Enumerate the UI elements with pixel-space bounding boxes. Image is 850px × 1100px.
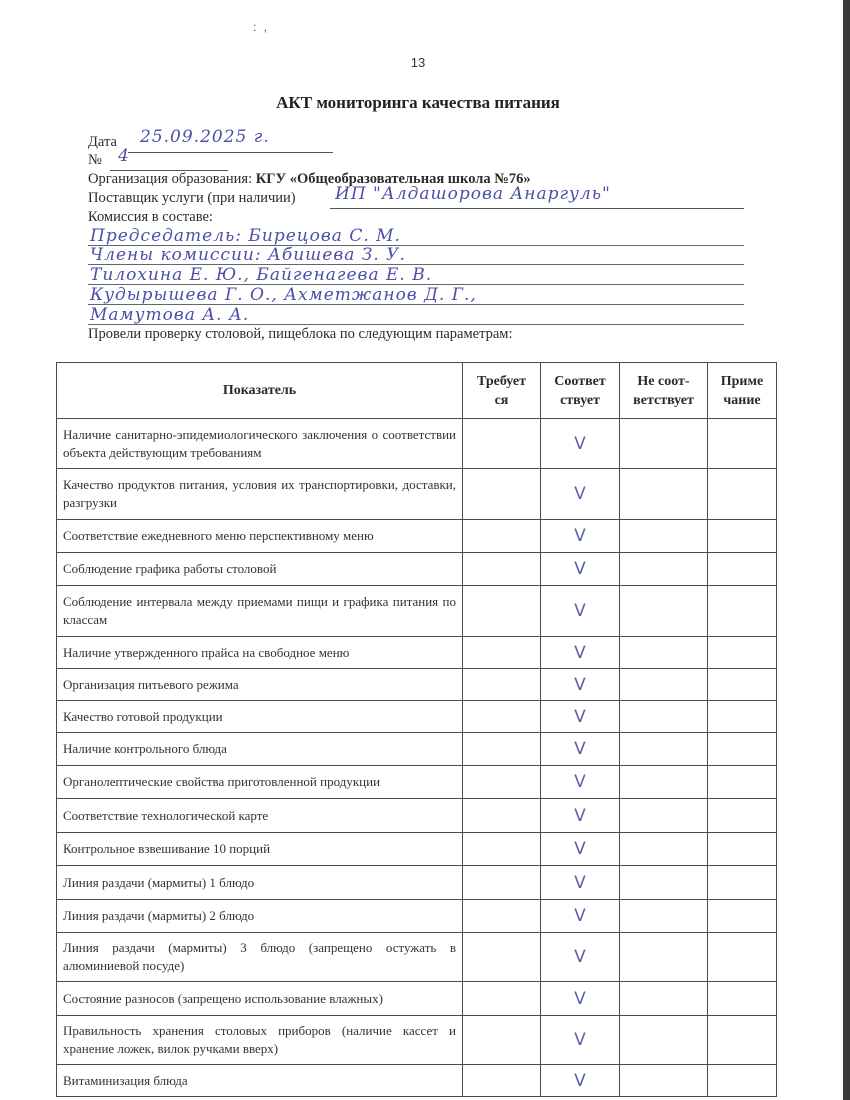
non-compliant-cell [620,733,708,766]
table-row: Наличие утвержденного прайса на свободно… [57,637,777,669]
non-compliant-cell [620,586,708,637]
note-cell [708,1065,777,1097]
table-body: Наличие санитарно-эпидемиологического за… [57,419,777,1097]
table-row: Линия раздачи (мармиты) 2 блюдоV [57,900,777,933]
non-compliant-cell [620,553,708,586]
required-cell [463,419,541,469]
note-cell [708,833,777,866]
parameter-cell: Качество готовой продукции [57,701,463,733]
required-cell [463,669,541,701]
non-compliant-cell [620,766,708,799]
non-compliant-cell [620,469,708,520]
parameter-cell: Соответствие технологической карте [57,799,463,833]
non-compliant-cell [620,701,708,733]
non-compliant-cell [620,833,708,866]
parameter-cell: Линия раздачи (мармиты) 1 блюдо [57,866,463,900]
compliant-cell: V [541,933,620,982]
column-header-note: Примечание [708,363,777,419]
table-row: Соблюдение графика работы столовойV [57,553,777,586]
compliant-cell: V [541,766,620,799]
number-value: 4 [118,146,130,166]
note-cell [708,637,777,669]
table-row: Качество продуктов питания, условия их т… [57,469,777,520]
compliant-cell: V [541,553,620,586]
column-header-required: Требуется [463,363,541,419]
table-row: Организация питьевого режимаV [57,669,777,701]
note-cell [708,701,777,733]
table-row: Линия раздачи (мармиты) 1 блюдоV [57,866,777,900]
table-header-row: Показатель Требуется Соответствует Не со… [57,363,777,419]
supplier-field: Поставщик услуги (при наличии) [88,190,296,207]
table-row: Состояние разносов (запрещено использова… [57,982,777,1016]
note-cell [708,766,777,799]
table-row: Наличие санитарно-эпидемиологического за… [57,419,777,469]
required-cell [463,933,541,982]
commission-label: Комиссия в составе: [88,209,213,226]
required-cell [463,733,541,766]
note-cell [708,520,777,553]
commission-member-line: Члены комиссии: Абишева З. У. [90,245,406,265]
table-row: Наличие контрольного блюдаV [57,733,777,766]
required-cell [463,586,541,637]
required-cell [463,520,541,553]
note-cell [708,799,777,833]
note-cell [708,1016,777,1065]
number-label: № [88,152,102,168]
required-cell [463,982,541,1016]
non-compliant-cell [620,900,708,933]
non-compliant-cell [620,669,708,701]
column-header-parameter: Показатель [57,363,463,419]
compliant-cell: V [541,833,620,866]
number-field: № [88,152,102,169]
compliant-cell: V [541,520,620,553]
parameter-cell: Качество продуктов питания, условия их т… [57,469,463,520]
date-underline [128,152,333,153]
compliant-cell: V [541,866,620,900]
note-cell [708,900,777,933]
table-row: Качество готовой продукцииV [57,701,777,733]
compliant-cell: V [541,586,620,637]
document-title: АКТ мониторинга качества питания [0,93,836,113]
required-cell [463,637,541,669]
required-cell [463,799,541,833]
non-compliant-cell [620,799,708,833]
required-cell [463,701,541,733]
compliant-cell: V [541,982,620,1016]
parameter-cell: Наличие утвержденного прайса на свободно… [57,637,463,669]
commission-member-line: Тилохина Е. Ю., Байгенагева Е. В. [90,265,432,285]
note-cell [708,733,777,766]
parameter-cell: Контрольное взвешивание 10 порций [57,833,463,866]
parameter-cell: Органолептические свойства приготовленно… [57,766,463,799]
parameter-cell: Витаминизация блюда [57,1065,463,1097]
compliant-cell: V [541,669,620,701]
table-row: Контрольное взвешивание 10 порцийV [57,833,777,866]
compliant-cell: V [541,900,620,933]
note-cell [708,419,777,469]
supplier-value: ИП "Алдашорова Анаргуль" [335,184,611,204]
note-cell [708,669,777,701]
compliant-cell: V [541,799,620,833]
date-label: Дата [88,134,117,150]
scan-edge [843,0,850,1100]
note-cell [708,553,777,586]
date-value: 25.09.2025 г. [140,127,270,147]
parameter-cell: Организация питьевого режима [57,669,463,701]
non-compliant-cell [620,419,708,469]
required-cell [463,833,541,866]
parameter-cell: Линия раздачи (мармиты) 3 блюдо (запреще… [57,933,463,982]
parameter-cell: Наличие контрольного блюда [57,733,463,766]
compliant-cell: V [541,1065,620,1097]
non-compliant-cell [620,1016,708,1065]
non-compliant-cell [620,933,708,982]
required-cell [463,1065,541,1097]
column-header-non-compliant: Не соот-ветствует [620,363,708,419]
table-row: Органолептические свойства приготовленно… [57,766,777,799]
commission-member-line: Председатель: Бирецова С. М. [90,226,401,246]
required-cell [463,1016,541,1065]
page-number: 13 [0,55,836,70]
required-cell [463,866,541,900]
inspection-text: Провели проверку столовой, пищеблока по … [88,326,513,343]
date-field: Дата [88,134,117,151]
note-cell [708,469,777,520]
scan-artifact: : , [253,20,269,34]
monitoring-table: Показатель Требуется Соответствует Не со… [56,362,777,1097]
table-row: Витаминизация блюдаV [57,1065,777,1097]
parameter-cell: Наличие санитарно-эпидемиологического за… [57,419,463,469]
non-compliant-cell [620,982,708,1016]
note-cell [708,982,777,1016]
commission-member-line: Мамутова А. А. [90,305,249,325]
note-cell [708,586,777,637]
required-cell [463,553,541,586]
commission-member-line: Кудырышева Г. О., Ахметжанов Д. Г., [90,285,477,305]
required-cell [463,469,541,520]
note-cell [708,933,777,982]
compliant-cell: V [541,733,620,766]
compliant-cell: V [541,419,620,469]
table-row: Соответствие ежедневного меню перспектив… [57,520,777,553]
non-compliant-cell [620,520,708,553]
supplier-label: Поставщик услуги (при наличии) [88,190,296,206]
table-row: Правильность хранения столовых приборов … [57,1016,777,1065]
supplier-underline [330,208,744,209]
compliant-cell: V [541,1016,620,1065]
compliant-cell: V [541,701,620,733]
parameter-cell: Линия раздачи (мармиты) 2 блюдо [57,900,463,933]
table-row: Линия раздачи (мармиты) 3 блюдо (запреще… [57,933,777,982]
compliant-cell: V [541,637,620,669]
required-cell [463,900,541,933]
compliant-cell: V [541,469,620,520]
table-row: Соответствие технологической картеV [57,799,777,833]
note-cell [708,866,777,900]
column-header-compliant: Соответствует [541,363,620,419]
non-compliant-cell [620,1065,708,1097]
parameter-cell: Соответствие ежедневного меню перспектив… [57,520,463,553]
table-row: Соблюдение интервала между приемами пищи… [57,586,777,637]
organization-label: Организация образования: [88,171,252,187]
parameter-cell: Состояние разносов (запрещено использова… [57,982,463,1016]
parameter-cell: Правильность хранения столовых приборов … [57,1016,463,1065]
non-compliant-cell [620,866,708,900]
parameter-cell: Соблюдение графика работы столовой [57,553,463,586]
non-compliant-cell [620,637,708,669]
required-cell [463,766,541,799]
parameter-cell: Соблюдение интервала между приемами пищи… [57,586,463,637]
